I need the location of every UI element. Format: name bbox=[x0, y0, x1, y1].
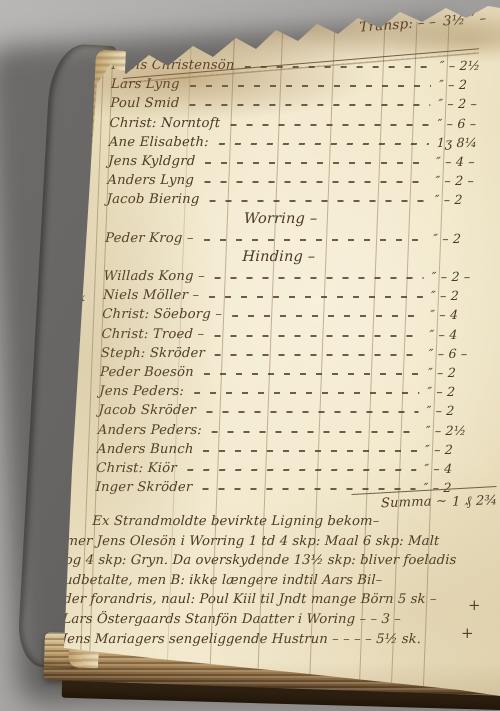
row-amount: ″ – 4 bbox=[429, 325, 486, 344]
dash-leader bbox=[190, 85, 431, 87]
row-name: Anders Lyng bbox=[107, 171, 194, 190]
row-amount: ″ – 2 – bbox=[431, 267, 488, 286]
row-amount: ″ – 2 bbox=[431, 286, 488, 305]
dash-leader bbox=[204, 373, 420, 375]
row-name: Lars Lyng bbox=[111, 75, 180, 94]
row-amount: ″ – 2 bbox=[439, 75, 496, 94]
row-name: Peder Krog – bbox=[105, 229, 194, 248]
row-amount: ″ – 2 bbox=[425, 440, 482, 459]
dash-leader bbox=[209, 200, 426, 202]
row-name: Jens Kyldgrd bbox=[108, 152, 196, 171]
row-name: Ane Elisabeth: bbox=[108, 133, 209, 152]
transport-row: Transp: – – 3½ ″ – bbox=[359, 10, 486, 35]
settlement-notes: Ex Strandmoldte bevirkte Ligning bekom–m… bbox=[61, 512, 478, 649]
dash-leader bbox=[205, 162, 428, 164]
row-name: Jacob Skröder bbox=[98, 401, 196, 420]
note-line: der forandris, naul: Poul Kiil til Jndt … bbox=[63, 590, 476, 610]
row-amount: ″ – 2 bbox=[426, 401, 483, 420]
row-amount: ″ – 4 – bbox=[436, 152, 493, 171]
dash-leader bbox=[202, 488, 415, 490]
dash-leader bbox=[209, 296, 423, 298]
row-name: Christ: Troed – bbox=[101, 325, 205, 344]
row-name: Poul Smid bbox=[110, 94, 180, 113]
row-name: Jacob Biering bbox=[106, 190, 200, 209]
note-line: udbetalte, men B: ikke længere indtil Aa… bbox=[64, 571, 477, 591]
margin-cross-mark: + bbox=[461, 624, 474, 642]
row-amount: ″ – 6 – bbox=[428, 344, 485, 363]
section-heading-label: Hinding – bbox=[242, 249, 315, 265]
row-amount: ″ – 2 bbox=[433, 229, 490, 248]
row-amount: ″ – 6 – bbox=[437, 114, 494, 133]
dash-leader bbox=[212, 431, 418, 433]
dash-leader bbox=[203, 450, 417, 452]
note-line: mer Jens Olesön i Worring 1 td 4 skp: Ma… bbox=[65, 532, 478, 552]
note-line: og 4 skp: Gryn. Da overskydende 13½ skp:… bbox=[64, 551, 477, 571]
row-name: Anders Peders: bbox=[97, 421, 202, 440]
summa-label: Summa ~ bbox=[381, 494, 447, 512]
dash-leader bbox=[230, 124, 429, 126]
note-line: Jens Mariagers sengeliggende Hustrun – –… bbox=[61, 630, 474, 650]
row-amount: ″ – 2 bbox=[428, 363, 485, 382]
row-name: Christ: Kiör bbox=[96, 459, 177, 478]
row-amount: ″ – 2 – bbox=[435, 171, 492, 190]
dash-leader bbox=[204, 181, 427, 183]
dash-leader bbox=[187, 469, 417, 471]
dash-leader bbox=[204, 239, 426, 241]
row-amount: ″ – 2½ bbox=[425, 421, 482, 440]
row-name: Christ: Norntoft bbox=[109, 114, 220, 133]
row-name: Steph: Skröder bbox=[100, 344, 205, 363]
ledger-row: Christ: Kiör″ – 4 bbox=[0, 459, 485, 478]
row-amount: ″ – 2½ bbox=[439, 56, 496, 75]
ledger-photograph: Transp: – – 3½ ″ – Niels Christensön″ – … bbox=[0, 0, 500, 711]
row-name: Peder Boesön bbox=[100, 363, 195, 382]
dash-leader bbox=[214, 335, 421, 337]
summa-amount: 1 ₰ 2¾ – bbox=[452, 492, 500, 510]
note-line: Lars Östergaards Stanfön Daatter i Worin… bbox=[62, 610, 475, 630]
row-amount: 1ʒ 8¼ bbox=[436, 133, 493, 152]
summa-row: Summa ~ 1 ₰ 2¾ – bbox=[381, 492, 500, 512]
section-heading-label: Worring – bbox=[244, 211, 318, 227]
row-name: Christ: Söeborg – bbox=[102, 305, 223, 324]
transport-label: Transp: – – bbox=[359, 14, 436, 36]
row-amount: ″ – 2 – bbox=[438, 94, 495, 113]
row-name: Jens Peders: bbox=[99, 382, 185, 401]
row-amount: ″ – 4 bbox=[430, 305, 487, 324]
row-name: Anders Bunch bbox=[97, 440, 194, 459]
row-name: Niels Möller – bbox=[103, 286, 200, 305]
dash-leader bbox=[219, 143, 429, 145]
row-amount: ″ – 2 bbox=[427, 382, 484, 401]
row-name: Willads Kong – bbox=[103, 267, 205, 286]
dash-leader bbox=[245, 66, 432, 68]
dash-leader bbox=[194, 392, 419, 394]
transport-amount: 3½ ″ – bbox=[443, 10, 487, 29]
row-amount: ″ – 4 bbox=[424, 459, 481, 478]
row-amount: ″ – 2 bbox=[434, 190, 491, 209]
dash-leader bbox=[215, 354, 421, 356]
row-name: Inger Skröder bbox=[95, 478, 193, 497]
dash-leader bbox=[232, 315, 422, 317]
margin-cross-mark: + bbox=[468, 596, 481, 614]
dash-leader bbox=[189, 104, 430, 106]
dash-leader bbox=[206, 411, 419, 413]
note-line: Ex Strandmoldte bevirkte Ligning bekom– bbox=[66, 512, 479, 532]
dash-leader bbox=[215, 277, 424, 279]
